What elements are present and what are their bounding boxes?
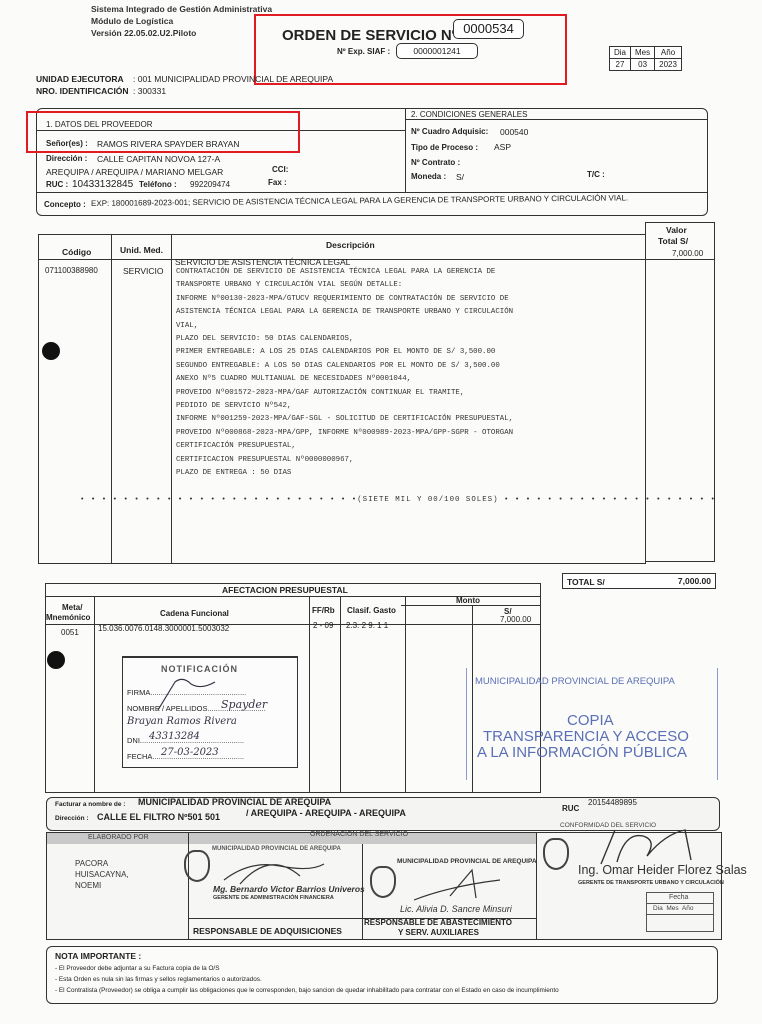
conf-fecha-label: Fecha bbox=[669, 894, 688, 901]
description-line: VIAL, bbox=[176, 320, 636, 333]
billing-direccion-value: CALLE EL FILTRO Nº501 501 bbox=[97, 812, 220, 822]
divider bbox=[647, 903, 713, 904]
direccion-line2: AREQUIPA / AREQUIPA / MARIANO MELGAR bbox=[46, 167, 223, 177]
col-meta-1: Meta/ bbox=[62, 603, 82, 612]
description-line: INFORME Nº00130-2023-MPA/GTUCV REQUERIMI… bbox=[176, 293, 636, 306]
stamp-title: NOTIFICACIÓN bbox=[161, 664, 238, 674]
abast-role-1: RESPONSABLE DE ABASTECIMIENTO bbox=[364, 918, 512, 927]
elaborado-name-line: HUISACAYNA, bbox=[75, 869, 129, 880]
description-line: CONTRATACIÓN DE SERVICIO DE ASISTENCIA T… bbox=[176, 266, 636, 279]
signature-scribble bbox=[410, 866, 510, 906]
adq-role: RESPONSABLE DE ADQUISICIONES bbox=[193, 926, 342, 936]
date-table: Dia Mes Año 27 03 2023 bbox=[609, 46, 682, 71]
signature-scribble bbox=[153, 674, 223, 714]
punch-hole bbox=[42, 342, 60, 360]
col-monto: Monto bbox=[456, 596, 480, 605]
coat-of-arms-icon bbox=[370, 866, 396, 898]
item-codigo: 071100388980 bbox=[45, 266, 98, 275]
billing-ruc-label: RUC bbox=[562, 804, 579, 813]
divider bbox=[111, 234, 112, 564]
stamp-nombre-handwritten: Spayder bbox=[221, 698, 267, 711]
col-header-valor-1: Valor bbox=[666, 225, 687, 235]
divider bbox=[309, 596, 310, 793]
divider bbox=[188, 832, 189, 940]
col-ff: FF/Rb bbox=[312, 606, 335, 615]
stamp-dni-value: 43313284 bbox=[149, 731, 200, 742]
divider bbox=[405, 596, 406, 793]
item-description: CONTRATACIÓN DE SERVICIO DE ASISTENCIA T… bbox=[176, 266, 636, 481]
items-value-column bbox=[645, 222, 715, 562]
description-line: SEGUNDO ENTREGABLE: A LOS 50 DIAS CALEND… bbox=[176, 360, 636, 373]
divider bbox=[38, 259, 714, 260]
col-header-valor-2: Total S/ bbox=[658, 236, 688, 246]
description-line: PROVEIDO Nº001572-2023-MPA/GAF AUTORIZAC… bbox=[176, 387, 636, 400]
nota-item: - El Proveedor debe adjuntar a su Factur… bbox=[55, 963, 559, 974]
nro-id-label: NRO. IDENTIFICACIÓN bbox=[36, 86, 129, 96]
module-name: Módulo de Logística bbox=[91, 15, 173, 27]
date-header-month: Mes bbox=[631, 47, 655, 59]
budget-title: AFECTACION PRESUPUESTAL bbox=[222, 585, 348, 595]
col-header-descripcion: Descripción bbox=[326, 240, 375, 250]
date-year: 2023 bbox=[655, 59, 682, 71]
dot-leader: • • • • • • • • • • • • • • • • • • • • bbox=[499, 496, 716, 504]
col-header-codigo: Código bbox=[62, 247, 91, 257]
nro-id-value: : 300331 bbox=[133, 86, 166, 96]
item-unid: SERVICIO bbox=[123, 266, 163, 276]
conf-fecha-box: Fecha Dia Mes Año bbox=[646, 892, 714, 932]
cci-label: CCI: bbox=[272, 165, 288, 174]
divider bbox=[94, 596, 95, 793]
facturar-label: Facturar a nombre de : bbox=[55, 801, 125, 808]
description-line: PLAZO DEL SERVICIO: 50 DIAS CALENDARIOS, bbox=[176, 333, 636, 346]
conditions-section-title: 2. CONDICIONES GENERALES bbox=[411, 110, 527, 119]
divider bbox=[401, 605, 541, 606]
col-cadena: Cadena Funcional bbox=[160, 609, 229, 618]
fax-label: Fax : bbox=[268, 178, 287, 187]
elaborado-header: ELABORADO POR bbox=[88, 834, 149, 841]
divider bbox=[405, 108, 406, 192]
tipo-label: Tipo de Proceso : bbox=[411, 143, 478, 152]
nota-title: NOTA IMPORTANTE : bbox=[55, 951, 141, 961]
divider bbox=[647, 914, 713, 915]
divider bbox=[405, 119, 707, 120]
ruc-value: 10433132845 bbox=[72, 179, 133, 190]
divider bbox=[171, 234, 172, 564]
copia-stamp-line3: A LA INFORMACIÓN PÚBLICA bbox=[477, 744, 687, 761]
adq-signer-title: GERENTE DE ADMINISTRACIÓN FINANCIERA bbox=[213, 895, 334, 901]
description-line: PRIMER ENTREGABLE: A LOS 25 DIAS CALENDA… bbox=[176, 346, 636, 359]
billing-direccion-label: Dirección : bbox=[55, 815, 89, 822]
adq-signer: Mg. Bernardo Victor Barrios Univeros bbox=[213, 884, 365, 894]
conf-signer: Ing. Omar Heider Florez Salas bbox=[578, 863, 747, 877]
copia-stamp-line1: COPIA bbox=[567, 712, 614, 729]
unidad-value: : 001 MUNICIPALIDAD PROVINCIAL DE AREQUI… bbox=[133, 74, 333, 84]
cuadro-label: Nº Cuadro Adquisic: bbox=[411, 127, 488, 136]
description-line: PEDIDIO DE SERVICIO Nº542, bbox=[176, 400, 636, 413]
ordenacion-header: ORDENACION DEL SERVICIO bbox=[310, 831, 408, 838]
elaborado-name-line: NOEMI bbox=[75, 880, 129, 891]
total-value: 7,000.00 bbox=[678, 576, 711, 586]
total-box: TOTAL S/ 7,000.00 bbox=[562, 573, 716, 589]
stamp-nombre-handwritten-2: Brayan Ramos Rivera bbox=[127, 716, 237, 727]
col-clasif: Clasif. Gasto bbox=[347, 606, 396, 615]
col-header-unid: Unid. Med. bbox=[120, 245, 163, 255]
dot-leader: • • • • • • • • • • • • • • • • • • • • … bbox=[80, 496, 357, 504]
divider bbox=[536, 832, 537, 940]
stamp-fecha-value: 27-03-2023 bbox=[161, 747, 219, 758]
description-line: CERTIFICACIÓN PRESUPUESTAL, bbox=[176, 440, 636, 453]
description-line: INFORME Nº001259-2023-MPA/GAF-SGL - SOLI… bbox=[176, 413, 636, 426]
elaborado-name-line: PACORA bbox=[75, 858, 129, 869]
coat-of-arms-icon bbox=[543, 838, 569, 870]
amount-in-words: (SIETE MIL Y 00/100 SOLES) bbox=[357, 496, 498, 504]
date-day: 27 bbox=[610, 59, 631, 71]
budget-monto: 7,000.00 bbox=[500, 615, 531, 624]
copia-stamp-org: MUNICIPALIDAD PROVINCIAL DE AREQUIPA bbox=[475, 676, 675, 687]
signature-scribble bbox=[595, 826, 695, 866]
coat-of-arms-icon bbox=[184, 850, 210, 882]
system-name: Sistema Integrado de Gestión Administrat… bbox=[91, 3, 272, 15]
description-line: ASISTENCIA TÉCNICA LEGAL PARA LA GERENCI… bbox=[176, 306, 636, 319]
highlight-box-provider bbox=[26, 111, 300, 153]
version-label: Versión 22.05.02.U2.Piloto bbox=[91, 27, 196, 39]
moneda-label: Moneda : bbox=[411, 172, 446, 181]
copia-stamp: MUNICIPALIDAD PROVINCIAL DE AREQUIPA COP… bbox=[466, 668, 718, 780]
abast-muni-stamp: MUNICIPALIDAD PROVINCIAL DE AREQUIPA bbox=[397, 858, 537, 865]
abast-role-2: Y SERV. AUXILIARES bbox=[398, 928, 479, 937]
divider bbox=[340, 596, 341, 793]
concepto-label: Concepto : bbox=[44, 200, 86, 209]
telefono-value: 992209474 bbox=[190, 180, 230, 189]
direccion-label: Dirección : bbox=[46, 154, 87, 163]
item-valor: 7,000.00 bbox=[672, 249, 703, 258]
amount-in-words-line: • • • • • • • • • • • • • • • • • • • • … bbox=[80, 494, 716, 507]
total-label: TOTAL S/ bbox=[567, 577, 605, 587]
budget-cadena: 15.036.0076.0148.3000001.5003032 bbox=[98, 624, 229, 633]
description-line: TRANSPORTE URBANO Y CIRCULACIÓN VIAL SEG… bbox=[176, 279, 636, 292]
abast-signer: Lic. Alivia D. Sancre Minsuri bbox=[400, 904, 512, 914]
nota-list: - El Proveedor debe adjuntar a su Factur… bbox=[55, 963, 559, 996]
date-month: 03 bbox=[631, 59, 655, 71]
moneda-value: S/ bbox=[456, 172, 464, 182]
conf-fecha-cols: Dia Mes Año bbox=[653, 905, 693, 912]
description-line: PLAZO DE ENTREGA : 50 DIAS bbox=[176, 467, 636, 480]
elaborado-name: PACORA HUISACAYNA, NOEMI bbox=[75, 858, 129, 891]
unidad-label: UNIDAD EJECUTORA bbox=[36, 74, 124, 84]
contrato-label: Nº Contrato : bbox=[411, 158, 460, 167]
facturar-value: MUNICIPALIDAD PROVINCIAL DE AREQUIPA bbox=[138, 797, 331, 807]
budget-ff: 2 - 09 bbox=[313, 621, 333, 630]
notification-stamp: NOTIFICACIÓN FIRMA......................… bbox=[122, 656, 298, 768]
description-line: CERTIFICACION PRESUPUESTAL Nº0000000967, bbox=[176, 454, 636, 467]
billing-ruc-value: 20154489895 bbox=[588, 798, 637, 807]
nota-item: - El Contratista (Proveedor) se obliga a… bbox=[55, 985, 559, 996]
tc-label: T/C : bbox=[587, 170, 605, 179]
telefono-label: Teléfono : bbox=[139, 180, 177, 189]
description-line: ANEXO Nº5 CUADRO MULTIANUAL DE NECESIDAD… bbox=[176, 373, 636, 386]
direccion-line1: CALLE CAPITAN NOVOA 127-A bbox=[97, 154, 220, 164]
col-meta-2: Mnemónico bbox=[46, 613, 90, 622]
tipo-value: ASP bbox=[494, 142, 511, 152]
nota-item: - Esta Orden es nula sin las firmas y se… bbox=[55, 974, 559, 985]
ruc-label: RUC : bbox=[46, 180, 68, 189]
date-header-day: Dia bbox=[610, 47, 631, 59]
budget-clasif: 2.3. 2 9. 1 1 bbox=[346, 621, 388, 630]
copia-stamp-line2: TRANSPARENCIA Y ACCESO bbox=[483, 728, 689, 745]
billing-direccion-city: / AREQUIPA - AREQUIPA - AREQUIPA bbox=[246, 808, 406, 818]
budget-meta: 0051 bbox=[61, 628, 79, 637]
date-header-year: Año bbox=[655, 47, 682, 59]
description-line: PROVEIDO Nº000868-2023-MPA/GPP, INFORME … bbox=[176, 427, 636, 440]
cuadro-value: 000540 bbox=[500, 127, 528, 137]
conf-signer-title: GERENTE DE TRANSPORTE URBANO Y CIRCULACI… bbox=[578, 880, 724, 886]
